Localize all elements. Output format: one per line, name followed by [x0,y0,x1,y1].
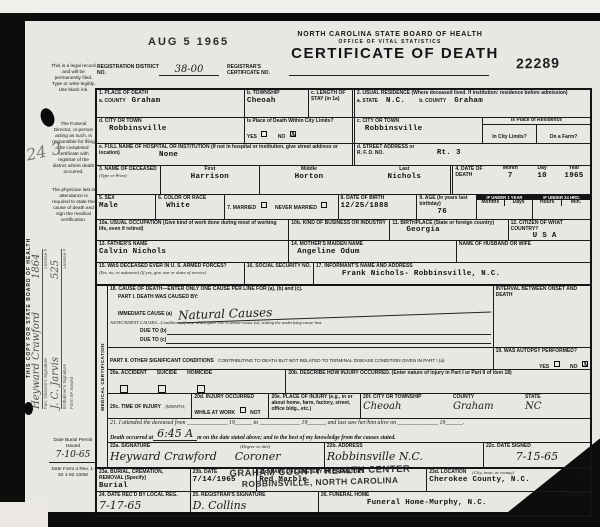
armed-forces-sub-label: (Yes, no, or unknown) (If yes, give war … [99,270,242,275]
received-date-stamp: AUG 5 1965 [148,36,229,48]
describe-injury-label: 20b. DESCRIBE HOW INJURY OCCURRED. (Ente… [288,371,588,377]
date-of-death-year: Year 1965 [558,166,590,194]
minutes-label: Min. [562,200,590,206]
autopsy-no-checkbox: X [582,361,588,367]
certifier-signature-value: Heyward Crawford [110,450,217,463]
scan-black-bar [35,13,600,22]
first-name-value: Harrison [163,173,257,181]
name-of-deceased-label: 3. NAME OF DECEASED [99,167,158,173]
field-accident-suicide-homicide: 20a. ACCIDENT SUICIDE HOMICIDE [108,370,286,393]
field-father-name: 13. FATHER'S NAME Calvin Nichols [97,241,289,262]
in-city-label: In City Limits? [492,134,526,140]
spouse-name-label: NAME OF HUSBAND OR WIFE [459,242,588,248]
field-date-signed: 22c. DATE SIGNED 7-15-65 [484,443,590,467]
funeral-home-address-label: ADDRESS [369,493,588,499]
suicide-label: SUICIDE [157,371,177,377]
injury-city-value: Cheoah [363,401,453,412]
immediate-cause-label: IMMEDIATE CAUSE (a) [118,312,172,318]
date-of-death-label: 4. DATE OF DEATH [453,166,494,194]
race-value: White [166,202,222,210]
yes-label: YES [539,364,549,369]
field-place-of-death-county: 1. PLACE OF DEATH a. COUNTY Graham [97,90,245,117]
license-label: License # [43,249,48,269]
funeral-home-value: Funeral Home-Murphy, N.C. [367,499,588,507]
residence-city-value: Robbinsville [365,125,480,133]
registrar-signature-value: D. Collins [193,499,316,512]
field-date-received: 24. DATE REC'D BY LOCAL REG. 7-17-65 [97,492,191,515]
field-certifier-signature: 22a. SIGNATURE (Degree or title) Heyward… [108,443,325,467]
street-address-label: d. STREET ADDRESS or R. F. D. NO. [357,145,417,157]
org-name: NORTH CAROLINA STATE BOARD OF HEALTH [240,31,540,38]
field-industry: 10b. KIND OF BUSINESS OR INDUSTRY [289,220,390,240]
field-time-of-injury: 20c. TIME OF INJURY (MONTH, DAY, YEAR, H… [108,394,192,418]
age-label: 9. AGE (In years last birthday) [419,196,473,208]
margin-note-legal: This is a legal record and will be perma… [51,64,96,94]
autopsy-yes-checkbox [554,361,560,367]
residence-state-value: N.C. [386,97,405,105]
antecedent-causes-label: ANTECEDENT CAUSES—Conditions, if any, wh… [110,320,491,325]
location-state-label: (State) [514,470,588,475]
county-label: a. COUNTY [99,99,126,105]
industry-label: 10b. KIND OF BUSINESS OR INDUSTRY [291,221,387,227]
year-value: 1965 [558,172,590,180]
attended-line: 21. I attended the deceased from _______… [110,420,588,426]
field-usual-residence: 2. USUAL RESIDENCE (Where deceased lived… [355,90,590,117]
funeral-director-license-value: 1864 [31,249,42,279]
part2-label: PART II. OTHER SIGNIFICANT CONDITIONS [110,358,214,364]
yes-label: YES [247,134,257,140]
death-city-limits-no-checkbox: X [290,131,296,137]
days-label: Days [505,200,532,206]
middle-name-value: Horton [262,173,357,181]
occupation-label: 10a. USUAL OCCUPATION (Give kind of work… [99,221,286,233]
date-signed-value: 7-15-65 [486,450,588,463]
interval-label: INTERVAL BETWEEN ONSET AND DEATH [496,287,588,299]
death-occurred-post: m on the date stated above; and to the b… [197,435,396,441]
field-injury-occurred: 20d. INJURY OCCURRED WHILE AT WORK NOT W… [192,394,269,418]
field-death-city: d. CITY OR TOWN Robbinsville [97,118,245,143]
death-occurred-pre: Death occurred at [110,435,153,441]
field-age: 9. AGE (In years last birthday) 76 [417,195,476,219]
birthplace-value: Georgia [406,226,505,234]
field-street-address: d. STREET ADDRESS or R. F. D. NO. Rt. 3 [355,144,590,165]
registration-line: REGISTRATION DISTRICT NO. 38-00 REGISTRA… [97,64,527,76]
scan-top-edge [0,0,600,13]
time-of-injury-label: 20c. TIME OF INJURY [110,404,161,410]
field-first-name: First Harrison [161,166,260,194]
margin-signature-block: Heyward Crawford 1864 Fun. Director's Si… [31,249,89,409]
field-armed-forces: 15. WAS DECEASED EVER IN U. S. ARMED FOR… [97,263,245,284]
type-or-print-label: (Type or Print) [99,173,158,178]
funeral-director-signature-label: Fun. Director's Signature [43,269,48,409]
embalmer-signature-label: Embalmer's Signature [62,269,67,409]
field-residence-city: c. CITY OR TOWN Robbinsville [355,118,483,143]
place-of-injury-label: 20e. PLACE OF INJURY (e.g., in or about … [271,395,358,412]
residence-county-label: b. COUNTY [419,99,446,105]
reg-district-value: 38-00 [159,64,219,76]
county-value: Graham [132,97,161,105]
date-received-label: 24. DATE REC'D BY LOCAL REG. [99,493,188,499]
while-at-work-label: WHILE AT WORK [194,410,235,416]
residence-limits-label: Is Place of Residence [483,118,590,125]
due-to-c-blank [166,337,490,344]
field-burial-type: 23a. BURIAL, CREMATION, REMOVAL (Specify… [97,469,191,491]
field-interval: INTERVAL BETWEEN ONSET AND DEATH [494,286,590,347]
certifier-address-value: Robbinsville N.C. [327,450,481,463]
field-birthplace: 11. BIRTHPLACE (State or foreign country… [390,220,508,240]
reg-district-label: REGISTRATION DISTRICT NO. [97,65,159,76]
day-value: 10 [526,172,558,180]
township-value: Cheoah [247,97,306,105]
burial-type-label: 23a. BURIAL, CREMATION, REMOVAL (Specify… [99,470,188,482]
death-city-limits-yes-checkbox [261,131,267,137]
field-place-of-injury: 20e. PLACE OF INJURY (e.g., in or about … [269,394,361,418]
registrar-cert-blank [289,68,489,76]
armed-forces-label: 15. WAS DECEASED EVER IN U. S. ARMED FOR… [99,264,242,270]
homicide-checkbox [197,385,205,393]
date-of-birth-value: 12/25/1888 [341,202,415,210]
page-title: CERTIFICATE OF DEATH [240,45,550,62]
form-9a-label: Form 9A Issued [69,249,74,409]
location-sub-label: (City, town, or county) [472,470,513,475]
field-sex: 5. SEX Male [97,195,156,219]
field-cause-of-death: 18. CAUSE OF DEATH—ENTER ONLY ONE CAUSE … [108,286,494,347]
field-under-one-year: IF UNDER 1 YEAR Months Days [477,195,534,219]
age-value: 76 [437,208,473,216]
burial-permit-date: 7-10-65 [49,450,97,463]
ssn-label: 16. SOCIAL SECURITY NO. [247,264,311,270]
month-value: 7 [494,172,526,180]
field-mother-name: 14. MOTHER'S MAIDEN NAME Angeline Odum [289,241,457,262]
field-race: 6. COLOR OR RACE White [156,195,225,219]
never-married-checkbox [321,202,327,208]
residence-state-label: a. STATE [357,99,378,105]
field-part2-conditions: PART II. OTHER SIGNIFICANT CONDITIONS CO… [108,348,494,369]
hospital-value: None [159,151,350,159]
accident-checkbox [120,385,128,393]
married-label: 7. MARRIED [227,205,256,211]
due-to-b-blank [167,328,491,335]
suicide-checkbox [158,385,166,393]
citizenship-value: U S A [533,232,588,240]
medical-certification-label: MEDICAL CERTIFICATION [100,343,105,411]
death-time-value: 6:45 A [153,427,197,441]
field-registrar-signature: 25. REGISTRAR'S SIGNATURE D. Collins [191,492,319,515]
location-value: Cherokee County, N.C. [429,476,588,484]
certifier-title-value: Coroner [235,450,281,463]
field-autopsy: 19. WAS AUTOPSY PERFORMED? YES NO X [494,348,590,369]
no-label: NO [278,134,286,140]
funeral-director-signature: Heyward Crawford [31,279,42,409]
funeral-home-label: 26. FUNERAL HOME [321,493,370,499]
due-to-b-label: DUE TO (b) [140,329,167,335]
never-married-label: NEVER MARRIED [275,205,317,211]
field-name-label: 3. NAME OF DECEASED (Type or Print) [97,166,161,194]
part2-checkmark: ✓ [160,367,171,369]
field-township: b. TOWNSHIP Cheoah [245,90,309,117]
field-ssn: 16. SOCIAL SECURITY NO. [245,263,314,284]
months-label: Months [477,200,505,206]
field-spouse-name: NAME OF HUSBAND OR WIFE [457,241,590,262]
embalmer-signature: J. C. Jarvis [50,279,61,409]
burial-permit-block: Date Burial Permit Issued 7-10-65 Date F… [49,438,97,480]
field-residence-limits: Is Place of Residence In City Limits? YE… [483,118,590,143]
mother-name-value: Angeline Odum [297,248,454,256]
margin-note-physician: The physician last in attendance is requ… [51,188,96,224]
certificate-form: 1. PLACE OF DEATH a. COUNTY Graham b. TO… [95,88,592,517]
field-citizenship: 12. CITIZEN OF WHAT COUNTRY? U S A [509,220,590,240]
field-describe-injury: 20b. DESCRIBE HOW INJURY OCCURRED. (Ente… [286,370,590,393]
date-of-death-month: Month 7 [494,166,526,194]
length-of-stay-label: c. LENGTH OF STAY (in 1a) [311,91,350,103]
field-occupation: 10a. USUAL OCCUPATION (Give kind of work… [97,220,289,240]
field-middle-name: Middle Horton [260,166,359,194]
residence-in-city: In City Limits? YES NO X [483,125,537,143]
license-label: License # [62,249,67,269]
residence-on-farm: On a Farm? YES NO X [537,125,590,143]
embalmer-license-value: 525 [50,249,61,279]
scan-bottom-left-edge [0,502,48,527]
part2-sub-label: CONTRIBUTING TO DEATH BUT NOT RELATED TO… [218,358,444,363]
residence-county-value: Graham [454,97,483,105]
date-of-death-day: Day 10 [526,166,558,194]
death-certificate-scan: AUG 5 1965 NORTH CAROLINA STATE BOARD OF… [0,0,600,527]
field-informant: 17. INFORMANT'S NAME AND ADDRESS Frank N… [314,263,590,284]
form-revision-note: Date Form 4 Rev. 1-62 1-62 100M [49,467,97,479]
field-last-name: Last Nichols [358,166,453,194]
injury-county-value: Graham [453,401,525,412]
hours-label: Hours [533,200,562,206]
field-hospital: e. FULL NAME OF HOSPITAL OR INSTITUTION … [97,144,355,165]
father-name-value: Calvin Nichols [99,248,286,256]
field-cemetery-location: 23d. LOCATION (City, town, or county) (S… [427,469,590,491]
field-attended-statement: 21. I attended the deceased from _______… [108,419,590,442]
field-date-of-death: 4. DATE OF DEATH Month 7 Day 10 Year 196… [453,166,590,194]
burial-permit-label: Date Burial Permit Issued [49,438,97,450]
field-date-of-birth: 8. DATE OF BIRTH 12/25/1888 [339,195,418,219]
while-at-work-checkbox [240,407,246,413]
street-address-value: Rt. 3 [437,149,588,157]
autopsy-label: 19. WAS AUTOPSY PERFORMED? [496,349,588,355]
medical-certification-strip: MEDICAL CERTIFICATION [97,286,108,467]
due-to-c-label: DUE TO (c) [140,338,166,344]
sex-value: Male [99,202,153,210]
field-death-city-limits: Is Place of Death Within City Limits? YE… [245,118,355,143]
injury-state-value: NC [525,401,541,412]
field-injury-city-county-state: 20f. CITY OR TOWNSHIP COUNTY STATE Cheoa… [361,394,590,418]
informant-value: Frank Nichols- Robbinsville, N.C. [342,270,588,278]
homicide-label: HOMICIDE [187,371,212,377]
death-city-value: Robbinsville [109,125,242,133]
field-marital-status: 7. MARRIED NEVER MARRIED WIDOWED X DIVOR… [225,195,338,219]
on-farm-label: On a Farm? [550,134,578,140]
field-length-of-stay: c. LENGTH OF STAY (in 1a) [309,90,355,117]
field-funeral-home: 26. FUNERAL HOME ADDRESS Funeral Home-Mu… [319,492,590,515]
no-label: NO [570,364,578,369]
burial-type-value: Burial [99,482,188,490]
field-under-24-hours: IF UNDER 24 HRS. Hours Min. [533,195,590,219]
cause-of-death-header: 18. CAUSE OF DEATH—ENTER ONLY ONE CAUSE … [110,287,491,293]
date-received-value: 7-17-65 [99,499,188,512]
last-name-value: Nichols [360,173,448,181]
married-checkbox [261,202,267,208]
registrar-cert-label: REGISTRAR'S CERTIFICATE NO. [227,65,289,76]
accident-label: 20a. ACCIDENT [110,371,147,377]
